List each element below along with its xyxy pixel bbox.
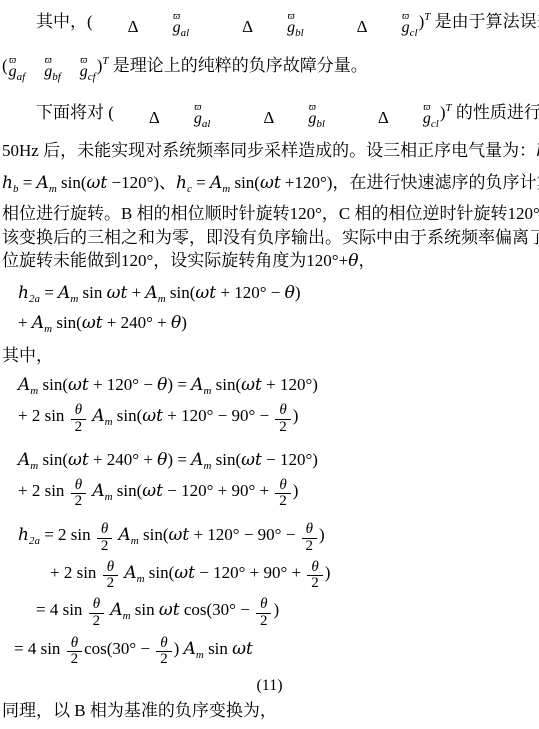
fraction-numerator: θ	[97, 522, 112, 539]
formula-line: h2a = Am sin ωt + Am sin(ωt + 120° − θ)	[18, 282, 537, 306]
math-variable: A	[58, 283, 70, 303]
paragraph-line: 该变换后的三相之和为零，即没有负序输出。实际中由于系统频率偏离了 50Hz，以上…	[2, 227, 537, 249]
math-subscript: 2a	[29, 293, 40, 305]
phase-subscript: bl	[316, 118, 325, 130]
text-run	[26, 56, 43, 75]
fraction-denominator: 2	[71, 494, 86, 510]
fraction-numerator: θ	[89, 597, 104, 614]
math-variable: ωt	[68, 375, 89, 395]
g-vector-symbol: Δϖgbl	[208, 13, 304, 40]
fraction-denominator: 2	[307, 576, 322, 592]
math-variable: θ	[171, 313, 181, 333]
fraction-denominator: 2	[156, 652, 171, 668]
text-run: 该变换后的三相之和为零，即没有负序输出。实际中由于系统频率偏离了 50Hz，以上…	[2, 228, 539, 247]
fraction: θ2	[71, 478, 86, 511]
math-variable: h	[176, 173, 187, 193]
text-run: ，	[358, 251, 375, 270]
text-run: + 120° − 90° −	[189, 525, 299, 544]
text-run: (11)	[256, 677, 282, 694]
math-variable: θ	[285, 283, 295, 303]
text-run: sin	[131, 600, 159, 619]
math-variable: ωt	[232, 638, 253, 658]
text-run: sin(	[38, 375, 68, 394]
text-run: )	[174, 638, 184, 657]
phase-subscript: al	[181, 27, 190, 39]
fraction-numerator: θ	[307, 560, 322, 577]
text-run: =	[192, 173, 210, 192]
g-vector-symbol: Δϖgcl	[323, 13, 418, 40]
text-run	[326, 103, 343, 122]
text-run: 其中，	[2, 346, 53, 365]
delta-prefix: Δ	[378, 108, 389, 127]
phase-subscript: bf	[52, 71, 61, 83]
delta-prefix: Δ	[128, 17, 139, 36]
math-variable: A	[37, 173, 49, 193]
math-variable: A	[32, 313, 44, 333]
math-subscript: m	[49, 183, 57, 195]
formula-line: + 2 sin θ2 Am sin(ωt − 120° + 90° + θ2)	[50, 560, 537, 593]
fraction-numerator: θ	[103, 560, 118, 577]
text-run: sin	[78, 283, 106, 302]
paragraph-line: 其中，(Δϖgal Δϖgbl Δϖgcl)T 是由于算法误差的影响或系统运行波…	[2, 10, 537, 40]
g-symbol-stack: ϖg	[389, 104, 431, 127]
fraction: θ2	[302, 522, 317, 555]
g-base: g	[253, 20, 295, 36]
text-run: )	[293, 406, 299, 425]
paragraph-line: 下面将对 (Δϖgal Δϖgbl Δϖgcl)T 的性质进行分析。该分量的出现…	[2, 101, 537, 131]
math-variable: A	[18, 375, 30, 395]
fraction-numerator: θ	[71, 478, 86, 495]
text-run: sin	[204, 638, 232, 657]
text-run: sin(	[113, 406, 143, 425]
text-run: ) =	[167, 450, 191, 469]
text-run: 是理论上的纯粹的负序故障分量。	[109, 56, 368, 75]
text-run: + 240° +	[89, 450, 157, 469]
text-run: )	[295, 283, 301, 302]
text-run: )	[181, 313, 187, 332]
math-subscript: 2a	[29, 535, 40, 547]
delta-prefix: Δ	[263, 108, 274, 127]
text-run: 50Hz 后，未能实现对系统频率同步采样造成的。设三相正序电气量为：	[2, 141, 536, 160]
fraction: θ2	[256, 597, 271, 630]
text-run: + 2 sin	[18, 480, 69, 499]
math-subscript: m	[196, 648, 204, 660]
text-run: +120°)，在进行快速滤序的负序计算时，把	[281, 173, 539, 192]
text-run: − 120°)	[262, 450, 318, 469]
math-subscript: m	[44, 323, 52, 335]
fraction-numerator: θ	[67, 636, 82, 653]
fraction: θ2	[156, 636, 171, 669]
fraction-numerator: θ	[275, 403, 290, 420]
math-variable: A	[110, 600, 122, 620]
g-symbol-stack: ϖg	[9, 57, 17, 80]
text-run: − 120° + 90° +	[163, 480, 273, 499]
phase-subscript: cl	[431, 118, 439, 130]
math-variable: A	[124, 562, 136, 582]
text-run: =	[18, 173, 36, 192]
formula-line: + Am sin(ωt + 240° + θ)	[18, 312, 537, 336]
text-run: (	[2, 56, 8, 75]
math-variable: θ	[157, 375, 167, 395]
math-variable: ωt	[142, 480, 163, 500]
text-run: )	[293, 480, 299, 499]
text-run: sin(	[230, 173, 260, 192]
math-variable: A	[92, 406, 104, 426]
math-variable: A	[191, 375, 203, 395]
text-run: + 120° −	[89, 375, 157, 394]
math-variable: ωt	[82, 313, 103, 333]
math-variable: h	[18, 283, 29, 303]
text-run: + 2 sin	[18, 406, 69, 425]
text-run	[305, 12, 322, 31]
text-run: = 4 sin	[36, 600, 87, 619]
fraction-denominator: 2	[89, 614, 104, 630]
delta-prefix: Δ	[357, 17, 368, 36]
text-run: 位旋转未能做到120°，设实际旋转角度为120°+	[2, 251, 348, 270]
paragraph-line: 同理，以 B 相为基准的负序变换为，	[2, 700, 537, 722]
g-vector-symbol: ϖgaf	[9, 57, 26, 84]
math-subscript: m	[222, 183, 230, 195]
math-variable: A	[210, 173, 222, 193]
phase-subscript: cf	[88, 71, 96, 83]
math-variable: A	[184, 638, 196, 658]
phase-subscript: al	[202, 118, 211, 130]
fraction: θ2	[103, 560, 118, 593]
math-variable: ωt	[169, 525, 190, 545]
text-run: +	[18, 313, 32, 332]
text-run: + 120° −	[216, 283, 284, 302]
text-run: )	[273, 600, 279, 619]
paragraph-line: hb = Am sin(ωt −120°)、hc = Am sin(ωt +12…	[2, 172, 537, 196]
text-run: )	[325, 562, 331, 581]
formula-line: + 2 sin θ2 Am sin(ωt + 120° − 90° − θ2)	[18, 403, 537, 436]
fraction-denominator: 2	[256, 614, 271, 630]
g-base: g	[9, 64, 17, 80]
g-symbol-stack: ϖg	[253, 13, 295, 36]
text-run	[190, 12, 207, 31]
text-run	[62, 56, 79, 75]
fraction: θ2	[97, 522, 112, 555]
g-symbol-stack: ϖg	[80, 57, 88, 80]
g-vector-symbol: Δϖgbl	[229, 104, 325, 131]
document-page: { "document": { "title": "负序分量性质分析（中文技术文…	[0, 0, 539, 729]
text-run: −120°)、	[107, 173, 176, 192]
paragraph-line: 其中，	[2, 345, 537, 367]
text-run: sin(	[145, 562, 175, 581]
fraction: θ2	[67, 636, 82, 669]
fraction-denominator: 2	[103, 576, 118, 592]
math-variable: ωt	[241, 450, 262, 470]
g-base: g	[389, 111, 431, 127]
fraction-denominator: 2	[67, 652, 82, 668]
fraction: θ2	[275, 403, 290, 436]
text-run: 其中，(	[36, 12, 93, 31]
math-variable: ωt	[195, 283, 216, 303]
text-run: + 240° +	[103, 313, 171, 332]
text-run: − 120° + 90° +	[195, 562, 305, 581]
paragraph-line: 50Hz 后，未能实现对系统频率同步采样造成的。设三相正序电气量为：ha = A…	[2, 140, 537, 164]
phase-subscript: bl	[295, 27, 304, 39]
fraction-denominator: 2	[275, 420, 290, 436]
text-run: sin(	[166, 283, 196, 302]
text-run: sin(	[211, 450, 241, 469]
g-base: g	[80, 64, 88, 80]
text-run: 下面将对 (	[36, 103, 114, 122]
fraction-numerator: θ	[156, 636, 171, 653]
math-variable: A	[119, 525, 131, 545]
text-run: 相位进行旋转。B 相的相位顺时针旋转120°，C 相的相位逆时针旋转120°，正…	[2, 204, 539, 223]
math-subscript: m	[105, 416, 113, 428]
fraction: θ2	[89, 597, 104, 630]
fraction-numerator: θ	[71, 403, 86, 420]
text-run: )	[319, 525, 325, 544]
text-run: 是由于算法误差的影响或系统运行波动产生的一组分量。	[430, 12, 539, 31]
math-variable: A	[92, 480, 104, 500]
text-run: sin(	[38, 450, 68, 469]
math-variable: ωt	[107, 283, 128, 303]
math-variable: θ	[157, 450, 167, 470]
math-variable: ωt	[174, 562, 195, 582]
g-symbol-stack: ϖg	[368, 13, 410, 36]
fraction-denominator: 2	[71, 420, 86, 436]
paragraph-line: (ϖgaf ϖgbf ϖgcf)T 是理论上的纯粹的负序故障分量。	[2, 54, 537, 84]
g-symbol-stack: ϖg	[160, 104, 202, 127]
g-base: g	[160, 111, 202, 127]
g-symbol-stack: ϖg	[274, 104, 316, 127]
text-run: sin(	[211, 375, 241, 394]
text-run: cos(30° −	[180, 600, 254, 619]
formula-line: + 2 sin θ2 Am sin(ωt − 120° + 90° + θ2)	[18, 478, 537, 511]
g-base: g	[368, 20, 410, 36]
math-variable: ωt	[142, 406, 163, 426]
math-variable: A	[18, 450, 30, 470]
phase-subscript: af	[17, 71, 26, 83]
fraction-denominator: 2	[97, 539, 112, 555]
g-vector-symbol: Δϖgal	[94, 13, 190, 40]
formula-line: Am sin(ωt + 120° − θ) = Am sin(ωt + 120°…	[18, 374, 537, 398]
text-run: ) =	[167, 375, 191, 394]
formula-line: = 4 sin θ2cos(30° − θ2) Am sin ωt	[14, 636, 537, 669]
g-symbol-stack: ϖg	[139, 13, 181, 36]
math-subscript: m	[137, 572, 145, 584]
text-run: sin(	[113, 480, 143, 499]
fraction-denominator: 2	[302, 539, 317, 555]
delta-prefix: Δ	[242, 17, 253, 36]
text-run: + 120° − 90° −	[163, 406, 273, 425]
fraction-numerator: θ	[256, 597, 271, 614]
formula-line: h2a = 2 sin θ2 Am sin(ωt + 120° − 90° − …	[18, 522, 537, 555]
math-variable: h	[2, 173, 13, 193]
fraction-numerator: θ	[275, 478, 290, 495]
text-run: = 2 sin	[40, 525, 95, 544]
text-run: + 120°)	[262, 375, 318, 394]
text-run: + 2 sin	[50, 562, 101, 581]
paragraph-line: 位旋转未能做到120°，设实际旋转角度为120°+θ，	[2, 250, 537, 272]
text-run: sin(	[57, 173, 87, 192]
fraction: θ2	[71, 403, 86, 436]
fraction-numerator: θ	[302, 522, 317, 539]
g-vector-symbol: Δϖgcl	[344, 104, 439, 131]
fraction-denominator: 2	[275, 494, 290, 510]
text-run	[211, 103, 228, 122]
text-run: = 4 sin	[14, 638, 65, 657]
g-base: g	[274, 111, 316, 127]
phase-subscript: cl	[410, 27, 418, 39]
math-subscript: m	[131, 535, 139, 547]
formula-line: = 4 sin θ2 Am sin ωt cos(30° − θ2)	[36, 597, 537, 630]
g-base: g	[139, 20, 181, 36]
math-variable: ωt	[159, 600, 180, 620]
text-run: 同理，以 B 相为基准的负序变换为，	[2, 701, 277, 720]
math-variable: ωt	[87, 173, 108, 193]
math-subscript: m	[158, 293, 166, 305]
text-run: +	[127, 283, 145, 302]
text-run: sin(	[52, 313, 82, 332]
formula-line: Am sin(ωt + 240° + θ) = Am sin(ωt − 120°…	[18, 449, 537, 473]
fraction: θ2	[307, 560, 322, 593]
math-subscript: m	[123, 610, 131, 622]
paragraph-line: 相位进行旋转。B 相的相位顺时针旋转120°，C 相的相位逆时针旋转120°，正…	[2, 203, 537, 225]
math-variable: ωt	[68, 450, 89, 470]
g-vector-symbol: Δϖgal	[115, 104, 211, 131]
g-vector-symbol: ϖgcf	[80, 57, 96, 84]
text-run: cos(30° −	[84, 638, 154, 657]
fraction: θ2	[275, 478, 290, 511]
text-run: sin(	[139, 525, 169, 544]
document-body: 其中，(Δϖgal Δϖgbl Δϖgcl)T 是由于算法误差的影响或系统运行波…	[0, 0, 539, 722]
equation-number: (11)	[2, 676, 537, 697]
text-run: 的性质进行分析。该分量的出现是由于在系统频率偏移	[452, 103, 539, 122]
math-subscript: m	[105, 490, 113, 502]
math-variable: ωt	[260, 173, 281, 193]
delta-prefix: Δ	[149, 108, 160, 127]
math-variable: A	[145, 283, 157, 303]
math-variable: θ	[348, 251, 358, 271]
math-variable: A	[191, 450, 203, 470]
text-run: =	[40, 283, 58, 302]
math-variable: h	[18, 525, 29, 545]
math-variable: ωt	[241, 375, 262, 395]
g-vector-symbol: ϖgbf	[44, 57, 61, 84]
